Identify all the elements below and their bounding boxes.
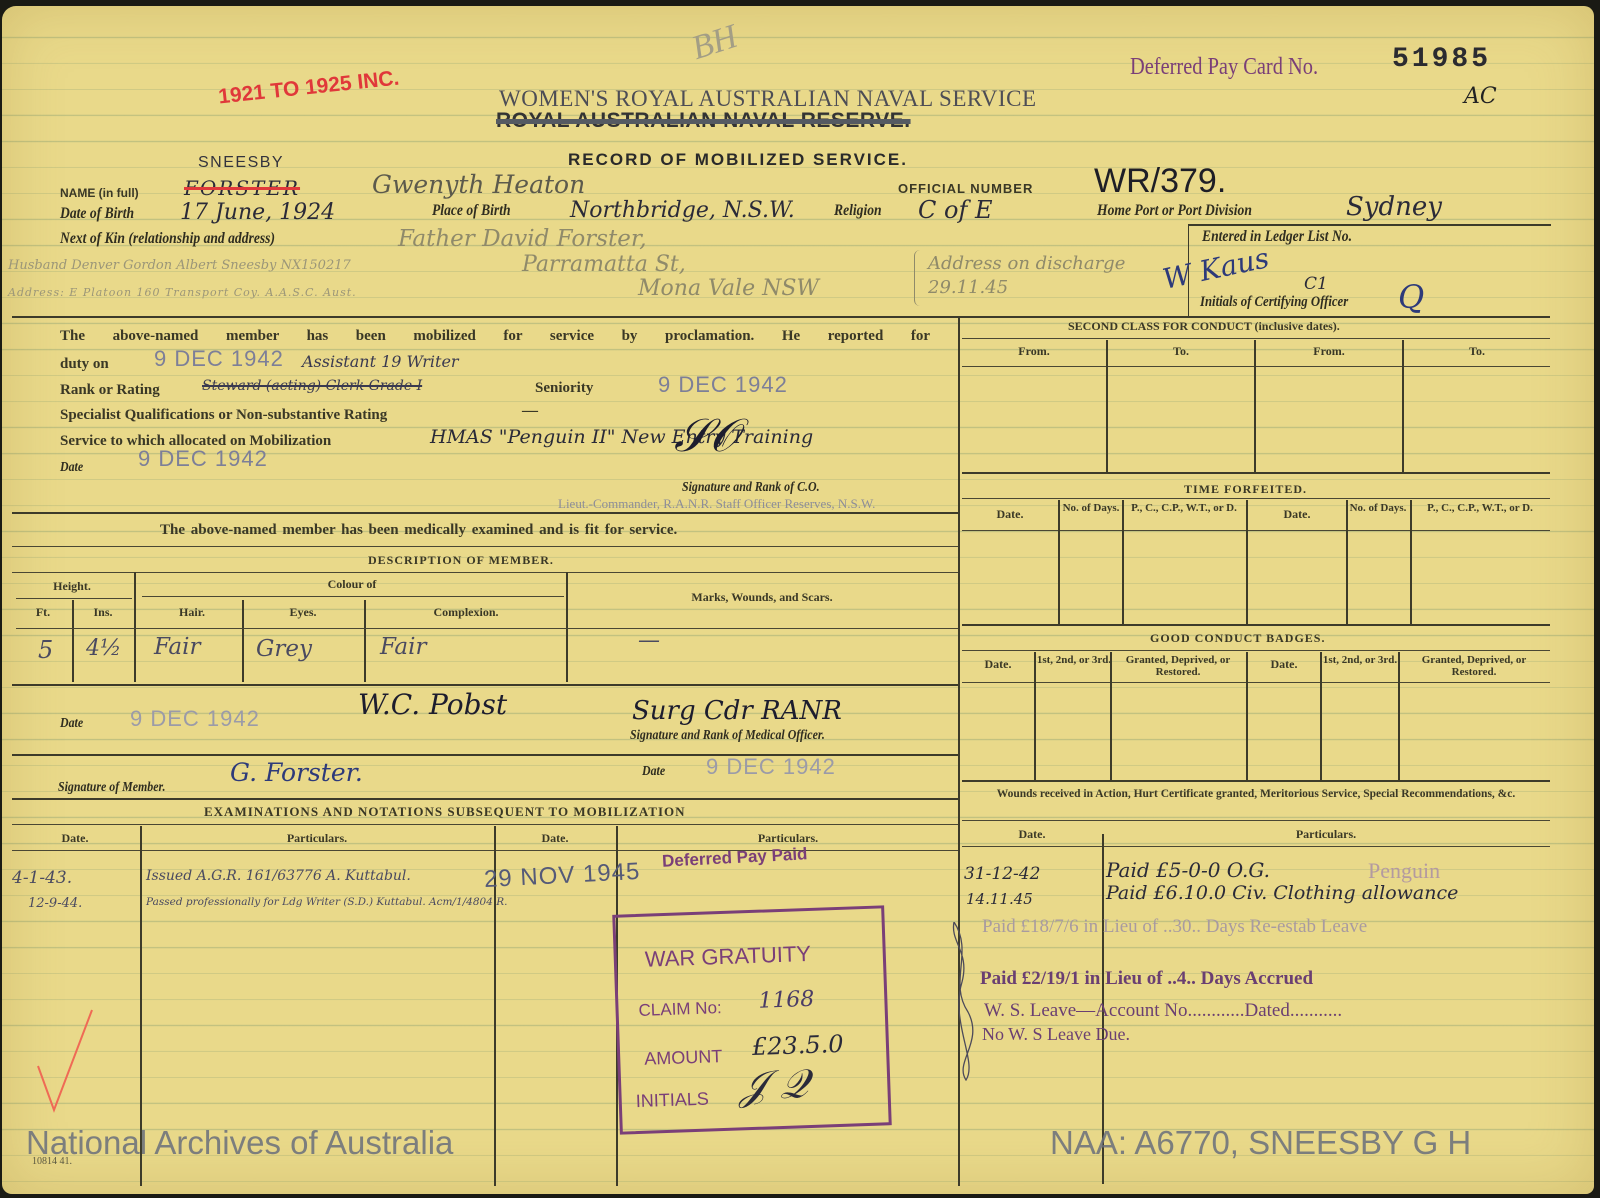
exam-date-header: Date. [20, 832, 130, 844]
eye-colour: Grey [256, 636, 312, 662]
ranr-text: ROYAL AUSTRALIAN NAVAL RESERVE. [496, 109, 911, 132]
date-range-stamp: 1921 TO 1925 INC. [217, 67, 400, 110]
mo-signature: W.C. Pobst [358, 688, 507, 721]
gc-col-3 [1246, 652, 1248, 780]
tf-date-2: Date. [1250, 508, 1344, 520]
mo-signature-label: Signature and Rank of Medical Officer. [630, 728, 825, 744]
colour-subhead-line [142, 596, 564, 597]
nok-line-2: Parramatta St, [522, 252, 686, 277]
divider-medical-date [12, 684, 958, 686]
height-header: Height. [32, 580, 112, 592]
description-title: DESCRIPTION OF MEMBER. [368, 553, 554, 568]
medical-date-label: Date [60, 716, 83, 732]
wounds-title-line [962, 820, 1550, 821]
marks-header: Marks, Wounds, and Scars. [602, 591, 922, 603]
second-class-header-line [962, 366, 1550, 367]
gc-col-1 [1034, 652, 1036, 780]
complexion: Fair [380, 634, 426, 660]
specialist-value: — [522, 402, 538, 420]
watermark-left: National Archives of Australia [26, 1124, 453, 1162]
official-number-label: OFFICIAL NUMBER [898, 181, 1033, 196]
divider-examinations [12, 798, 958, 800]
wounds-row-2-particulars: Paid £6.10.0 Civ. Clothing allowance [1106, 882, 1458, 904]
gc-date-2: Date. [1248, 658, 1320, 670]
marks-value: — [638, 628, 660, 653]
duty-label: duty on [60, 356, 109, 373]
medical-date2: 9 DEC 1942 [706, 754, 836, 780]
time-forfeited-title-line [962, 498, 1550, 499]
official-number: WR/379. [1094, 162, 1226, 201]
tf-col-3 [1246, 500, 1248, 624]
complexion-header: Complexion. [366, 606, 566, 618]
dob-value: 17 June, 1924 [180, 200, 335, 225]
exam-row-1-date: 4-1-43. [12, 868, 72, 888]
second-class-from-2: From. [1256, 345, 1402, 357]
sc-col-3 [1402, 340, 1404, 472]
tf-date-1: Date. [964, 508, 1056, 520]
surname-struck-text: FORSTER [184, 176, 300, 200]
accrued-leave-stamp: Paid £2/19/1 in Lieu of ..4.. Days Accru… [980, 968, 1313, 990]
gc-date-1: Date. [964, 658, 1032, 670]
amount-value: £23.5.0 [751, 1030, 844, 1061]
margin-scrawl-signature [944, 922, 994, 1087]
certifying-label: Initials of Certifying Officer [1200, 294, 1348, 311]
exam-header-line [12, 850, 958, 851]
medical-statement: The above-named member has been medicall… [160, 522, 677, 539]
war-gratuity-stamp: WAR GRATUITY CLAIM No: 1168 AMOUNT £23.5… [612, 905, 892, 1134]
nok-discharge-note: Address on discharge 29.11.45 [928, 252, 1128, 300]
exam-date2-header: Date. [496, 832, 614, 844]
service-record-card: 1921 TO 1925 INC. BH WOMEN'S ROYAL AUSTR… [2, 6, 1594, 1194]
ledger-label: Entered in Ledger List No. [1202, 228, 1352, 246]
initials-label: INITIALS [635, 1089, 709, 1113]
amount-label: AMOUNT [644, 1046, 723, 1070]
deferred-pay-label: Deferred Pay Card No. [1130, 54, 1318, 81]
deferred-pay-number: 51985 [1392, 44, 1491, 75]
initials-signature: 𝒥 𝒬 [739, 1061, 810, 1109]
mobilization-date-label: Date [60, 460, 83, 476]
tf-col-5 [1410, 500, 1412, 624]
exam-particulars2-header: Particulars. [618, 832, 958, 844]
col-sep-height [134, 572, 136, 682]
divider-description [12, 546, 958, 547]
co-signature-label: Signature and Rank of C.O. [682, 480, 820, 496]
claim-value: 1168 [758, 987, 815, 1014]
rank-annotation: Assistant 19 Writer [302, 352, 459, 371]
religion-value: C of E [918, 196, 992, 224]
second-class-to-2: To. [1404, 345, 1550, 357]
certifying-initials: Q [1398, 278, 1424, 316]
examinations-title-line [12, 824, 958, 825]
nok-husband-1: Husband Denver Gordon Albert Sneesby NX1… [8, 258, 351, 273]
time-forfeited-title: TIME FORFEITED. [1184, 482, 1307, 497]
sc-col-1 [1106, 340, 1108, 472]
time-forfeited-top [962, 472, 1550, 474]
member-signature-label: Signature of Member. [58, 780, 165, 796]
gc-granted-1: Granted, Deprived, or Restored. [1112, 654, 1244, 678]
top-pencil-mark: BH [687, 18, 742, 68]
watermark-right: NAA: A6770, SNEESBY G H [1050, 1124, 1471, 1162]
ins-header: Ins. [74, 606, 132, 618]
ws-leave-account: W. S. Leave—Account No............Dated.… [984, 1000, 1342, 1022]
tf-col-2 [1122, 500, 1124, 624]
medical-date2-label: Date [642, 764, 665, 780]
service-allocated-value: HMAS "Penguin II" New Entry Training [430, 426, 813, 448]
tf-pc-1: P., C., C.P., W.T., or D. [1124, 502, 1244, 514]
claim-label: CLAIM No: [638, 998, 722, 1021]
rank-struck-text: Steward (acting) Clerk Grade I [202, 378, 422, 394]
medical-date: 9 DEC 1942 [130, 706, 260, 732]
home-port-label: Home Port or Port Division [1097, 202, 1252, 220]
exam-row-1-particulars: Issued A.G.R. 161/63776 A. Kuttabul. [146, 868, 411, 884]
divider-medical [12, 512, 958, 514]
wounds-row-1-date: 31-12-42 [964, 864, 1040, 884]
pob-label: Place of Birth [432, 202, 511, 220]
surname-struck: FORSTER [184, 176, 300, 200]
surname-current: SNEESBY [198, 154, 284, 172]
religion-label: Religion [834, 202, 882, 220]
specialist-label: Specialist Qualifications or Non-substan… [60, 407, 387, 424]
height-ft: 5 [38, 636, 53, 664]
wounds-row-2-date: 14.11.45 [966, 890, 1033, 908]
wounds-header-line [962, 846, 1550, 847]
second-class-from-1: From. [962, 345, 1106, 357]
height-subhead-line [16, 598, 132, 599]
divider-main [12, 316, 1550, 318]
gc-col-4 [1320, 652, 1322, 780]
nok-label: Next of Kin (relationship and address) [60, 230, 275, 248]
gc-col-5 [1398, 652, 1400, 780]
seniority-label: Seniority [535, 380, 593, 397]
war-gratuity-title: WAR GRATUITY [644, 941, 811, 973]
reestab-leave-stamp: Paid £18/7/6 in Lieu of ..30.. Days Re-e… [982, 916, 1367, 938]
red-check-mark [34, 1006, 104, 1121]
good-conduct-title-line [962, 650, 1550, 651]
pob-value: Northbridge, N.S.W. [570, 198, 795, 223]
tf-days-2: No. of Days. [1348, 502, 1408, 514]
exam-row-2-date: 12-9-44. [28, 896, 82, 911]
second-class-title-line [962, 338, 1550, 339]
sc-col-2 [1254, 340, 1256, 472]
gc-header-line [962, 682, 1550, 683]
nok-line-1: Father David Forster, [398, 226, 647, 252]
col-sep-marks [566, 572, 568, 682]
wounds-title: Wounds received in Action, Hurt Certific… [970, 788, 1542, 800]
divider-description-header [12, 572, 958, 573]
hair-colour: Fair [154, 634, 200, 660]
mo-rank: Surg Cdr RANR [632, 696, 842, 726]
nok-brace [914, 250, 923, 306]
deferred-pay-initials: AC [1464, 84, 1497, 109]
colour-header: Colour of [252, 578, 452, 590]
second-class-to-1: To. [1108, 345, 1254, 357]
duty-date: 9 DEC 1942 [154, 346, 284, 372]
wounds-particulars-header: Particulars. [1106, 828, 1546, 840]
tf-col-4 [1346, 500, 1348, 624]
good-conduct-title: GOOD CONDUCT BADGES. [1150, 631, 1325, 646]
examinations-title: EXAMINATIONS AND NOTATIONS SUBSEQUENT TO… [204, 804, 686, 820]
tf-days-1: No. of Days. [1062, 502, 1120, 514]
height-ins: 4½ [86, 636, 121, 661]
member-signature: G. Forster. [230, 758, 363, 787]
wounds-row-1-particulars: Paid £5-0-0 O.G. [1106, 858, 1270, 882]
service-title-ranr-struck: ROYAL AUSTRALIAN NAVAL RESERVE. [496, 109, 911, 133]
seniority-date: 9 DEC 1942 [658, 372, 788, 398]
gc-granted-2: Granted, Deprived, or Restored. [1400, 654, 1548, 678]
exam-particulars-header: Particulars. [142, 832, 492, 844]
tf-header-line [962, 530, 1550, 531]
home-port-value: Sydney [1346, 192, 1442, 222]
co-rank-stamp: Lieut.-Commander, R.A.N.R. Staff Officer… [558, 496, 875, 512]
nok-husband-2: Address: E Platoon 160 Transport Coy. A.… [8, 286, 357, 299]
gc-class-2: 1st, 2nd, or 3rd. [1322, 654, 1398, 666]
penguin-stamp: Penguin [1368, 858, 1440, 884]
rank-struck: Steward (acting) Clerk Grade I [202, 378, 422, 394]
good-conduct-top [962, 624, 1550, 626]
wounds-date-header: Date. [964, 828, 1100, 840]
tf-col-1 [1058, 500, 1060, 624]
exam-row-2-particulars: Passed professionally for Ldg Writer (S.… [146, 896, 507, 908]
hair-header: Hair. [142, 606, 242, 618]
second-class-title: SECOND CLASS FOR CONDUCT (inclusive date… [1068, 319, 1340, 334]
ft-header: Ft. [18, 606, 68, 618]
tf-pc-2: P., C., C.P., W.T., or D. [1412, 502, 1548, 514]
eyes-header: Eyes. [244, 606, 362, 618]
deferred-pay-paid-stamp: Deferred Pay Paid [662, 844, 808, 872]
wounds-top [962, 780, 1550, 782]
description-values-line [16, 628, 958, 629]
ledger-suffix: C1 [1304, 274, 1328, 294]
dob-label: Date of Birth [60, 205, 134, 223]
name-label: NAME (in full) [60, 186, 139, 200]
mobilization-statement: The above-named member has been mobilize… [60, 328, 930, 345]
mobilization-date: 9 DEC 1942 [138, 446, 268, 472]
rank-label: Rank or Rating [60, 382, 160, 399]
nok-line-3: Mona Vale NSW [638, 276, 819, 301]
no-ws-leave-due: No W. S Leave Due. [982, 1024, 1130, 1045]
gc-col-2 [1110, 652, 1112, 780]
gc-class-1: 1st, 2nd, or 3rd. [1036, 654, 1112, 666]
co-signature: 𝒮𝒪 [674, 408, 739, 464]
record-title: RECORD OF MOBILIZED SERVICE. [568, 150, 908, 170]
given-names: Gwenyth Heaton [372, 170, 585, 199]
